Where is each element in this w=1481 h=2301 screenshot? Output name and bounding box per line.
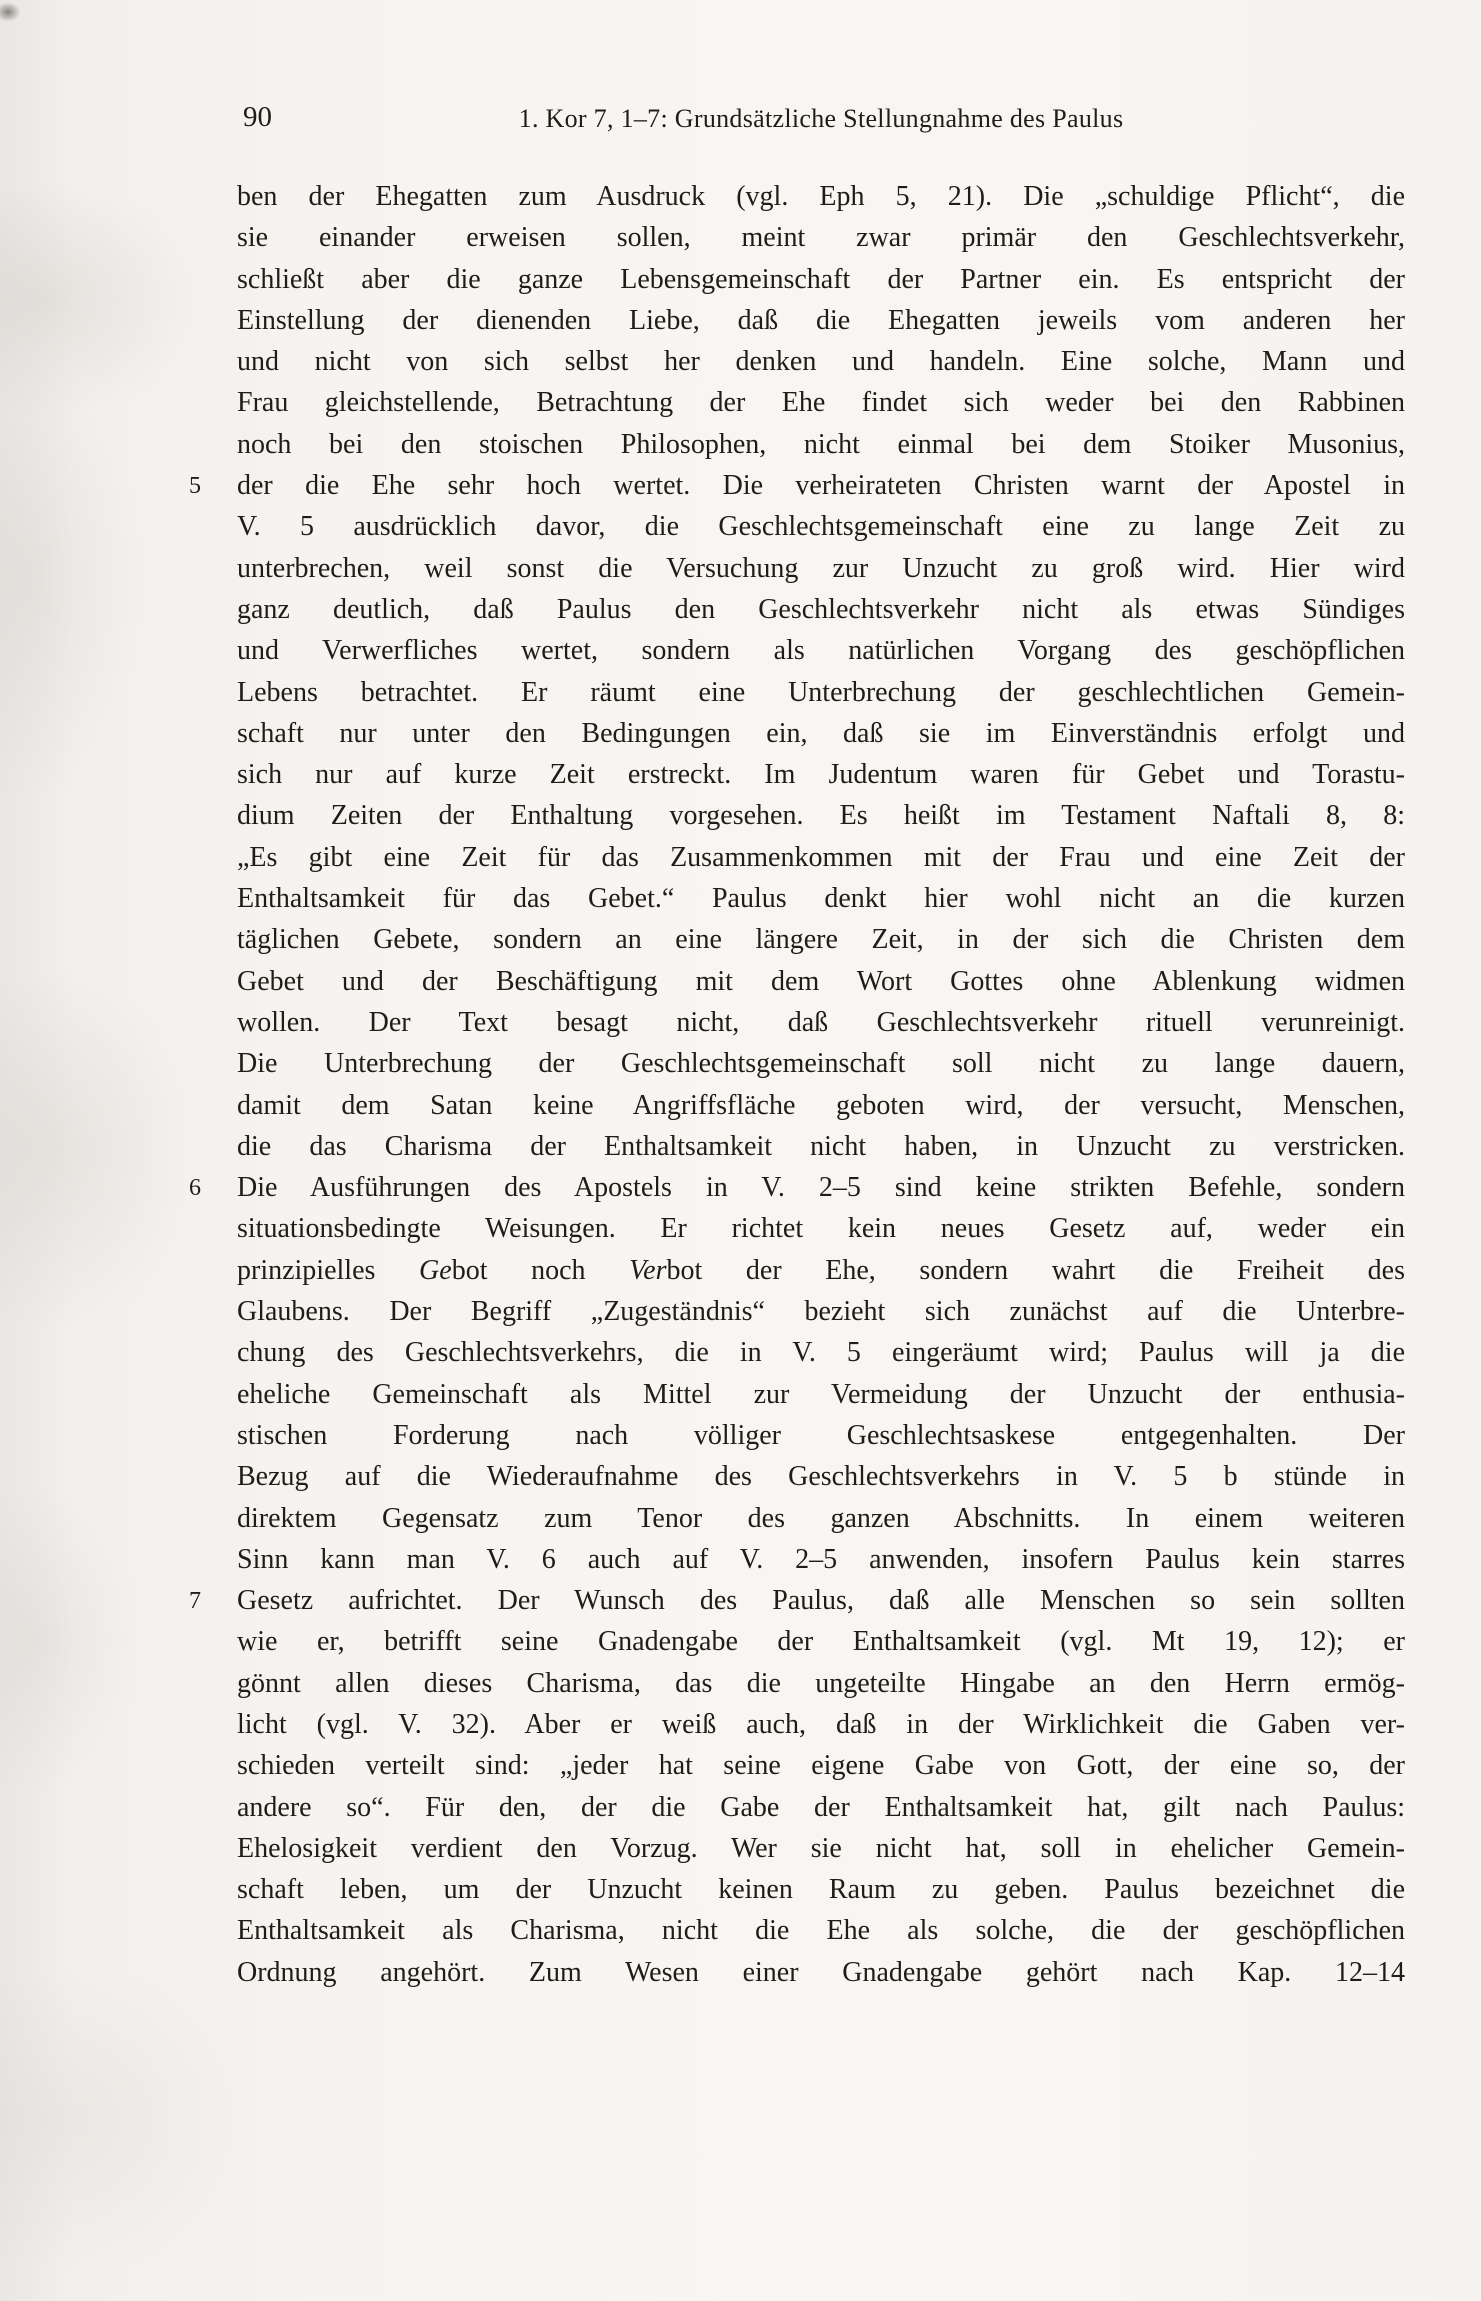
- scanned-book-page: 90 1. Kor 7, 1–7: Grundsätzliche Stellun…: [0, 0, 1481, 2301]
- page-header: 90 1. Kor 7, 1–7: Grundsätzliche Stellun…: [237, 100, 1405, 140]
- line-text: dium Zeiten der Enthaltung vorgesehen. E…: [237, 800, 1405, 831]
- text-line: Ehelosigkeit verdient den Vorzug. Wer si…: [237, 1828, 1405, 1869]
- text-line: situationsbedingte Weisungen. Er richtet…: [237, 1208, 1405, 1249]
- line-text: schaft leben, um der Unzucht keinen Raum…: [237, 1874, 1405, 1905]
- text-line: wie er, betrifft seine Gnadengabe der En…: [237, 1621, 1405, 1662]
- text-line: Bezug auf die Wiederaufnahme des Geschle…: [237, 1456, 1405, 1497]
- line-text: Sinn kann man V. 6 auch auf V. 2–5 anwen…: [237, 1544, 1405, 1575]
- text-line: V. 5 ausdrücklich davor, die Geschlechts…: [237, 506, 1405, 547]
- line-text: Ordnung angehört. Zum Wesen einer Gnaden…: [237, 1957, 1405, 1988]
- text-line: Die Unterbrechung der Geschlechtsgemeins…: [237, 1043, 1405, 1084]
- verse-number: 5: [189, 466, 223, 507]
- text-line: schaft nur unter den Bedingungen ein, da…: [237, 713, 1405, 754]
- running-title: 1. Kor 7, 1–7: Grundsätzliche Stellungna…: [237, 103, 1405, 135]
- text-line: Einstellung der dienenden Liebe, daß die…: [237, 300, 1405, 341]
- text-line: Lebens betrachtet. Er räumt eine Unterbr…: [237, 672, 1405, 713]
- line-text: Die Ausführungen des Apostels in V. 2–5 …: [237, 1172, 1405, 1203]
- line-text: andere so“. Für den, der die Gabe der En…: [237, 1792, 1405, 1823]
- line-text: situationsbedingte Weisungen. Er richtet…: [237, 1213, 1405, 1244]
- line-text: und Verwerfliches wertet, sondern als na…: [237, 635, 1405, 666]
- line-text: licht (vgl. V. 32). Aber er weiß auch, d…: [237, 1709, 1405, 1740]
- line-text: chung des Geschlechtsverkehrs, die in V.…: [237, 1337, 1405, 1368]
- line-text: damit dem Satan keine Angriffsfläche geb…: [237, 1090, 1405, 1121]
- text-line: wollen. Der Text besagt nicht, daß Gesch…: [237, 1002, 1405, 1043]
- text-line: dium Zeiten der Enthaltung vorgesehen. E…: [237, 795, 1405, 836]
- line-text: und nicht von sich selbst her denken und…: [237, 346, 1405, 377]
- line-text: direktem Gegensatz zum Tenor des ganzen …: [237, 1503, 1405, 1534]
- text-line: und nicht von sich selbst her denken und…: [237, 341, 1405, 382]
- text-line: sie einander erweisen sollen, meint zwar…: [237, 217, 1405, 258]
- line-text: Die Unterbrechung der Geschlechtsgemeins…: [237, 1048, 1405, 1079]
- line-text: noch bei den stoischen Philosophen, nich…: [237, 429, 1405, 460]
- text-line: Sinn kann man V. 6 auch auf V. 2–5 anwen…: [237, 1539, 1405, 1580]
- verse-number: 7: [189, 1581, 223, 1622]
- line-text: Glaubens. Der Begriff „Zugeständnis“ bez…: [237, 1296, 1405, 1327]
- line-text: Enthaltsamkeit für das Gebet.“ Paulus de…: [237, 883, 1405, 914]
- emphasized-text: Ver: [629, 1255, 666, 1286]
- text-line: direktem Gegensatz zum Tenor des ganzen …: [237, 1498, 1405, 1539]
- line-text: ganz deutlich, daß Paulus den Geschlecht…: [237, 594, 1405, 625]
- text-line: 7Gesetz aufrichtet. Der Wunsch des Paulu…: [237, 1580, 1405, 1621]
- text-line: Enthaltsamkeit für das Gebet.“ Paulus de…: [237, 878, 1405, 919]
- line-text: sich nur auf kurze Zeit erstreckt. Im Ju…: [237, 759, 1405, 790]
- verse-number: 6: [189, 1168, 223, 1209]
- line-text: bot noch: [452, 1255, 629, 1286]
- line-text: Gebet und der Beschäftigung mit dem Wort…: [237, 966, 1405, 997]
- text-line: „Es gibt eine Zeit für das Zusammenkomme…: [237, 837, 1405, 878]
- line-text: Bezug auf die Wiederaufnahme des Geschle…: [237, 1461, 1405, 1492]
- line-text: der die Ehe sehr hoch wertet. Die verhei…: [237, 470, 1405, 501]
- emphasized-text: Ge: [419, 1255, 452, 1286]
- text-line: Enthaltsamkeit als Charisma, nicht die E…: [237, 1910, 1405, 1951]
- line-text: schaft nur unter den Bedingungen ein, da…: [237, 718, 1405, 749]
- body-text: ben der Ehegatten zum Ausdruck (vgl. Eph…: [237, 176, 1405, 1993]
- line-text: prinzipielles: [237, 1255, 419, 1286]
- text-line: 5der die Ehe sehr hoch wertet. Die verhe…: [237, 465, 1405, 506]
- text-line: täglichen Gebete, sondern an eine länger…: [237, 919, 1405, 960]
- text-line: gönnt allen dieses Charisma, das die ung…: [237, 1663, 1405, 1704]
- line-text: Lebens betrachtet. Er räumt eine Unterbr…: [237, 677, 1405, 708]
- text-line: Frau gleichstellende, Betrachtung der Eh…: [237, 382, 1405, 423]
- text-line: Ordnung angehört. Zum Wesen einer Gnaden…: [237, 1952, 1405, 1993]
- line-text: ben der Ehegatten zum Ausdruck (vgl. Eph…: [237, 181, 1405, 212]
- text-line: chung des Geschlechtsverkehrs, die in V.…: [237, 1332, 1405, 1373]
- line-text: schließt aber die ganze Lebensgemeinscha…: [237, 264, 1405, 295]
- text-line: prinzipielles Gebot noch Verbot der Ehe,…: [237, 1250, 1405, 1291]
- line-text: wollen. Der Text besagt nicht, daß Gesch…: [237, 1007, 1405, 1038]
- line-text: V. 5 ausdrücklich davor, die Geschlechts…: [237, 511, 1405, 542]
- text-line: ganz deutlich, daß Paulus den Geschlecht…: [237, 589, 1405, 630]
- text-line: schaft leben, um der Unzucht keinen Raum…: [237, 1869, 1405, 1910]
- text-line: und Verwerfliches wertet, sondern als na…: [237, 630, 1405, 671]
- line-text: Enthaltsamkeit als Charisma, nicht die E…: [237, 1915, 1405, 1946]
- line-text: Einstellung der dienenden Liebe, daß die…: [237, 305, 1405, 336]
- text-line: sich nur auf kurze Zeit erstreckt. Im Ju…: [237, 754, 1405, 795]
- text-line: andere so“. Für den, der die Gabe der En…: [237, 1787, 1405, 1828]
- text-line: stischen Forderung nach völliger Geschle…: [237, 1415, 1405, 1456]
- text-line: schieden verteilt sind: „jeder hat seine…: [237, 1745, 1405, 1786]
- text-line: Gebet und der Beschäftigung mit dem Wort…: [237, 961, 1405, 1002]
- text-line: eheliche Gemeinschaft als Mittel zur Ver…: [237, 1374, 1405, 1415]
- line-text: Frau gleichstellende, Betrachtung der Eh…: [237, 387, 1405, 418]
- text-line: Glaubens. Der Begriff „Zugeständnis“ bez…: [237, 1291, 1405, 1332]
- text-line: die das Charisma der Enthaltsamkeit nich…: [237, 1126, 1405, 1167]
- line-text: wie er, betrifft seine Gnadengabe der En…: [237, 1626, 1405, 1657]
- text-line: damit dem Satan keine Angriffsfläche geb…: [237, 1085, 1405, 1126]
- line-text: unterbrechen, weil sonst die Versuchung …: [237, 553, 1405, 584]
- text-line: ben der Ehegatten zum Ausdruck (vgl. Eph…: [237, 176, 1405, 217]
- line-text: schieden verteilt sind: „jeder hat seine…: [237, 1750, 1405, 1781]
- line-text: sie einander erweisen sollen, meint zwar…: [237, 222, 1405, 253]
- line-text: „Es gibt eine Zeit für das Zusammenkomme…: [237, 842, 1405, 873]
- text-line: licht (vgl. V. 32). Aber er weiß auch, d…: [237, 1704, 1405, 1745]
- text-line: noch bei den stoischen Philosophen, nich…: [237, 424, 1405, 465]
- line-text: Gesetz aufrichtet. Der Wunsch des Paulus…: [237, 1585, 1405, 1616]
- line-text: die das Charisma der Enthaltsamkeit nich…: [237, 1131, 1405, 1162]
- line-text: Ehelosigkeit verdient den Vorzug. Wer si…: [237, 1833, 1405, 1864]
- line-text: bot der Ehe, sondern wahrt die Freiheit …: [666, 1255, 1405, 1286]
- text-line: 6Die Ausführungen des Apostels in V. 2–5…: [237, 1167, 1405, 1208]
- line-text: stischen Forderung nach völliger Geschle…: [237, 1420, 1405, 1451]
- line-text: täglichen Gebete, sondern an eine länger…: [237, 924, 1405, 955]
- line-text: eheliche Gemeinschaft als Mittel zur Ver…: [237, 1379, 1405, 1410]
- text-line: schließt aber die ganze Lebensgemeinscha…: [237, 259, 1405, 300]
- line-text: gönnt allen dieses Charisma, das die ung…: [237, 1668, 1405, 1699]
- text-line: unterbrechen, weil sonst die Versuchung …: [237, 548, 1405, 589]
